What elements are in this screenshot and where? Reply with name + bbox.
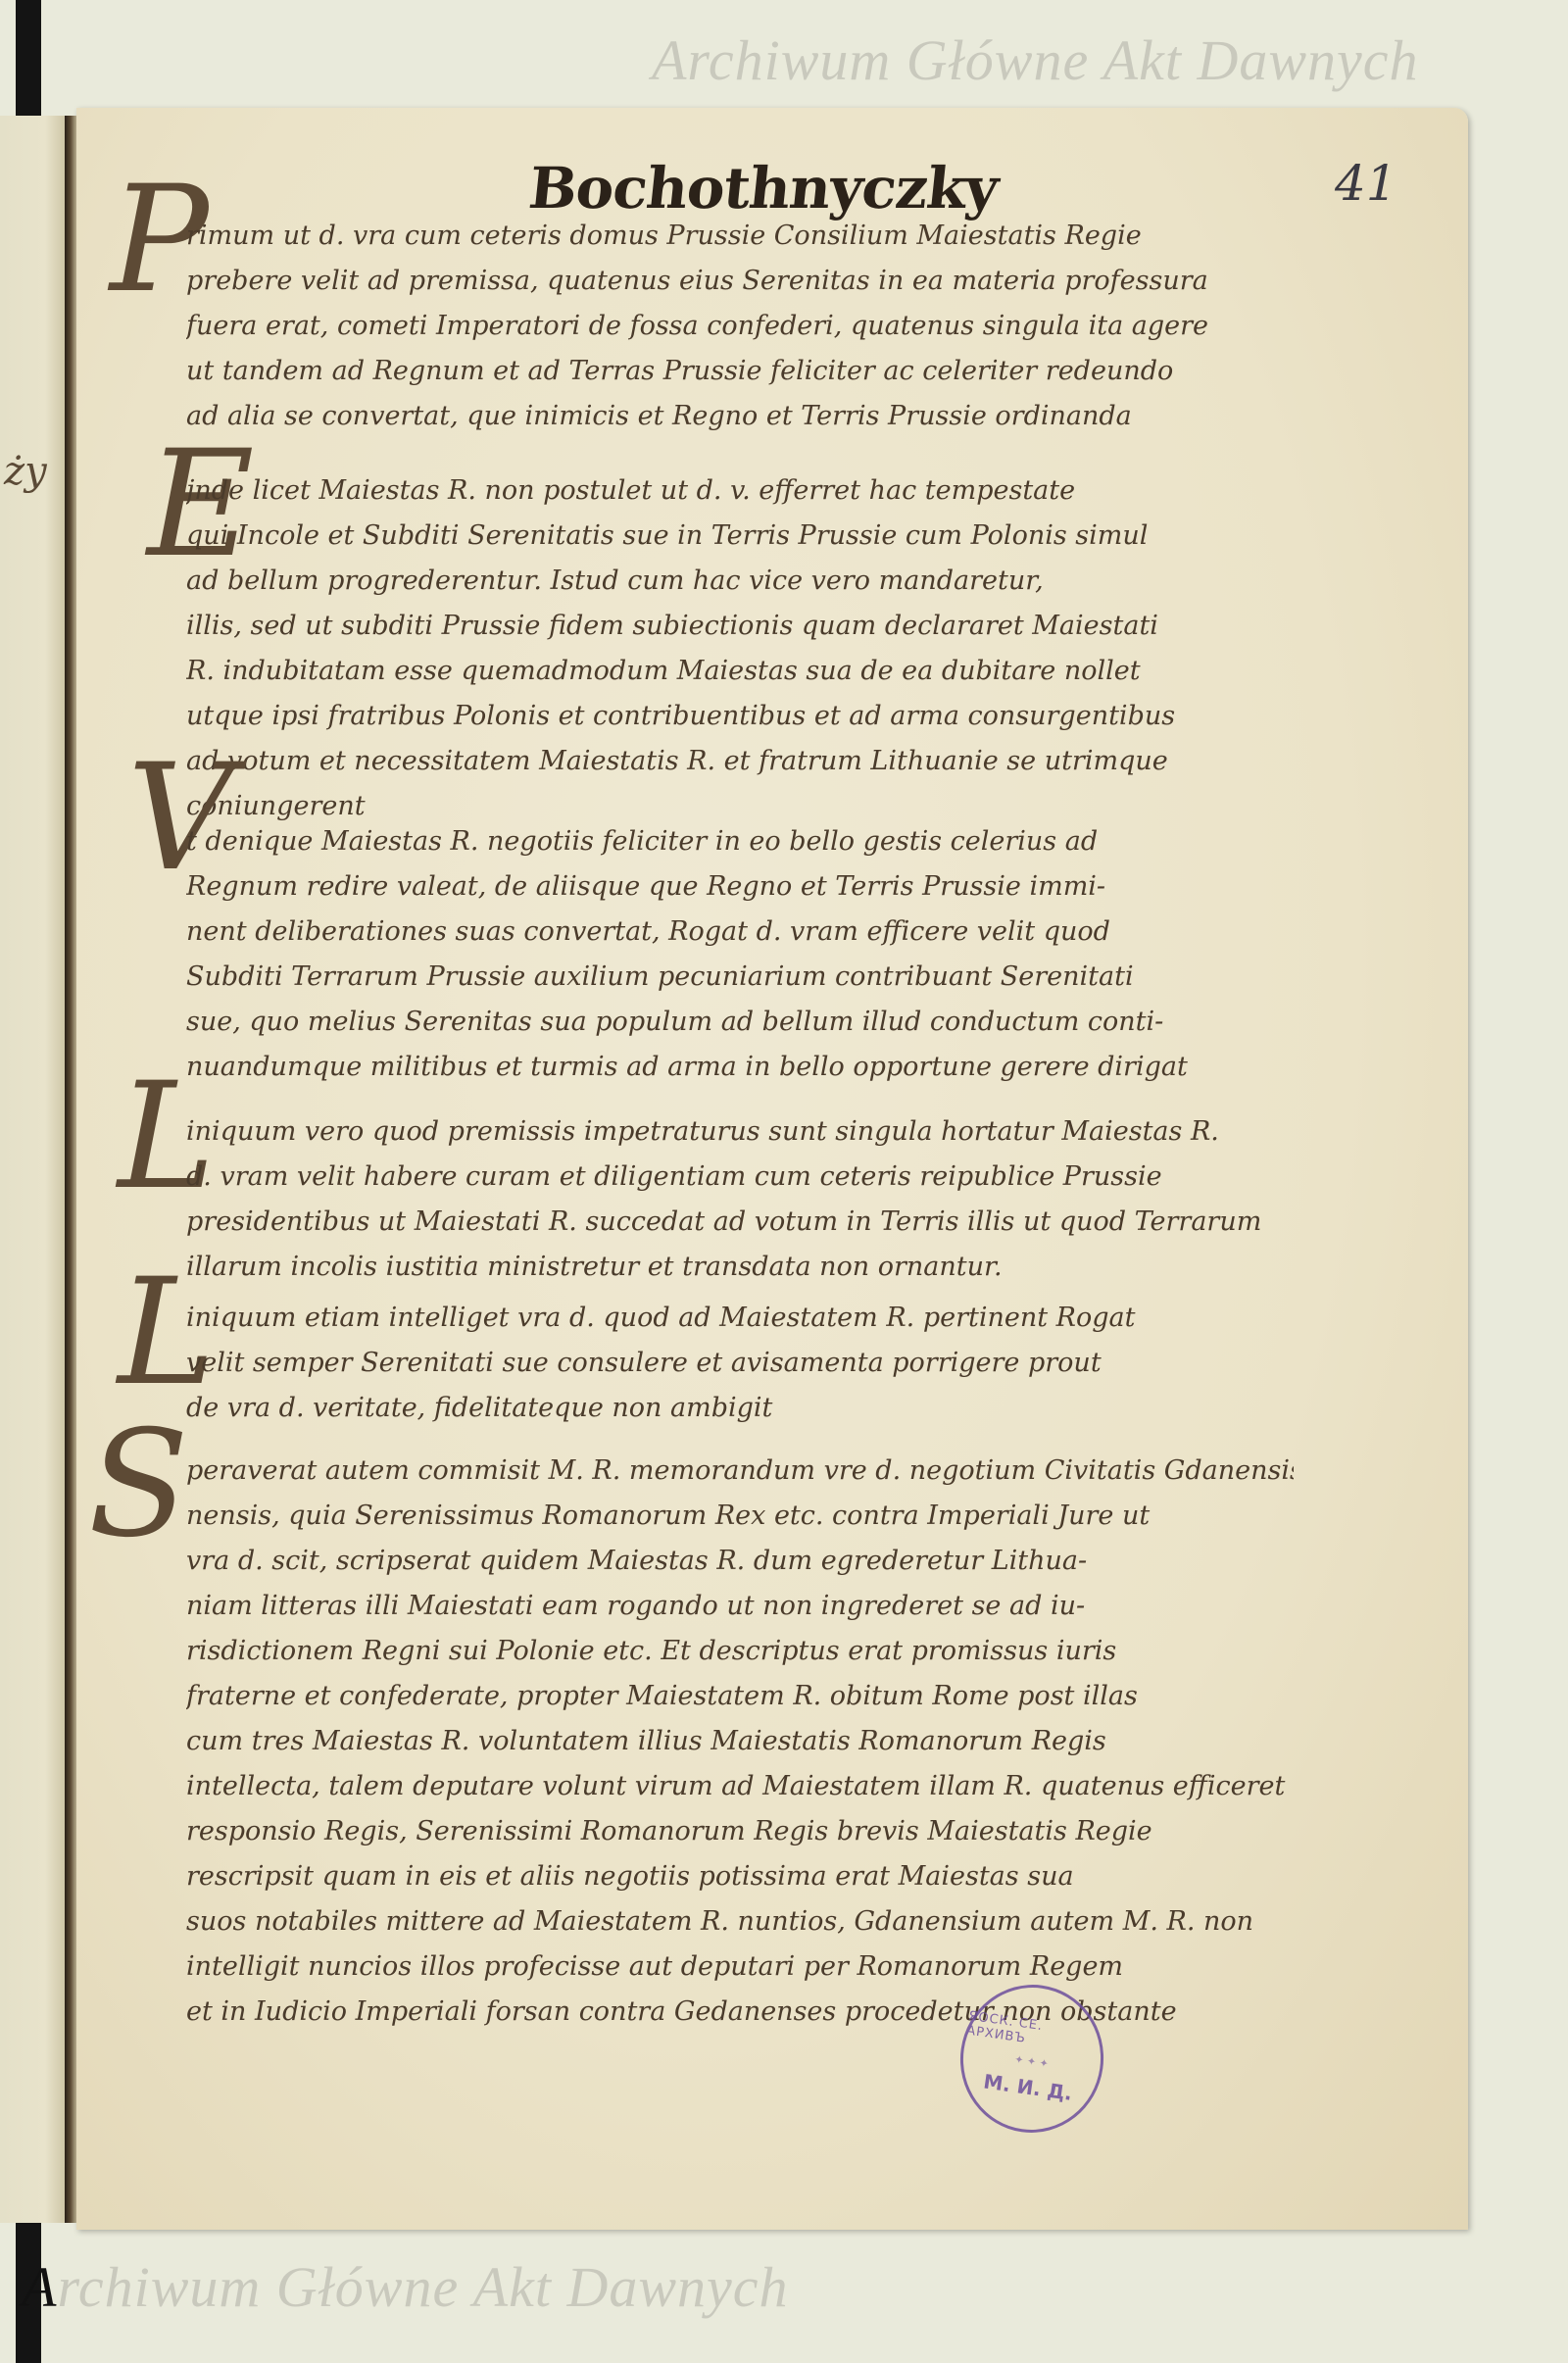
watermark-rest: rchiwum Główne Akt Dawnych xyxy=(57,2255,788,2319)
text-line: prebere velit ad premissa, quatenus eius… xyxy=(186,259,1294,304)
manuscript-paragraph: iniquum etiam intelliget vra d. quod ad … xyxy=(186,1296,1294,1431)
text-line: presidentibus ut Maiestati R. succedat a… xyxy=(186,1200,1294,1245)
text-line: ad votum et necessitatem Maiestatis R. e… xyxy=(186,739,1294,784)
text-line: sue, quo melius Serenitas sua populum ad… xyxy=(186,1000,1294,1045)
text-line: qui Incole et Subditi Serenitatis sue in… xyxy=(186,514,1294,559)
text-line: iniquum vero quod premissis impetraturus… xyxy=(186,1109,1294,1155)
archive-watermark-bottom: Archiwum Główne Akt Dawnych xyxy=(22,2254,789,2320)
text-line: ad alia se convertat, que inimicis et Re… xyxy=(186,394,1294,439)
text-line: suos notabiles mittere ad Maiestatem R. … xyxy=(186,1899,1294,1945)
text-line: peraverat autem commisit M. R. memorandu… xyxy=(186,1449,1294,1494)
manuscript-paragraph: peraverat autem commisit M. R. memorandu… xyxy=(186,1449,1294,2035)
manuscript-paragraph: iniquum vero quod premissis impetraturus… xyxy=(186,1109,1294,1290)
archive-watermark-top: Archiwum Główne Akt Dawnych xyxy=(652,27,1419,93)
text-line: nent deliberationes suas convertat, Roga… xyxy=(186,910,1294,955)
text-line: intellecta, talem deputare volunt virum … xyxy=(186,1764,1294,1809)
text-line: utque ipsi fratribus Polonis et contribu… xyxy=(186,694,1294,739)
stamp-bottom-text: М. И. Д. xyxy=(982,2069,1074,2104)
text-line: iniquum etiam intelliget vra d. quod ad … xyxy=(186,1296,1294,1341)
facing-page-edge: ży xyxy=(0,116,65,2223)
stamp-ring-text: ЯОСК. СЕ. АРХИВЪ xyxy=(965,2009,1105,2057)
text-line: nuandumque militibus et turmis ad arma i… xyxy=(186,1045,1294,1090)
text-line: nensis, quia Serenissimus Romanorum Rex … xyxy=(186,1494,1294,1539)
text-line: illarum incolis iustitia ministretur et … xyxy=(186,1245,1294,1290)
text-line: t denique Maiestas R. negotiis feliciter… xyxy=(186,819,1294,864)
text-line: illis, sed ut subditi Prussie fidem subi… xyxy=(186,604,1294,649)
folio-number: 41 xyxy=(1335,155,1397,212)
text-line: et in Iudicio Imperiali forsan contra Ge… xyxy=(186,1990,1294,2035)
text-line: R. indubitatam esse quemadmodum Maiestas… xyxy=(186,649,1294,694)
text-line: risdictionem Regni sui Polonie etc. Et d… xyxy=(186,1629,1294,1674)
text-line: Subditi Terrarum Prussie auxilium pecuni… xyxy=(186,955,1294,1000)
text-line: fraterne et confederate, propter Maiesta… xyxy=(186,1674,1294,1719)
paragraph-initial: S xyxy=(88,1411,189,1558)
watermark-first-letter: A xyxy=(22,2255,57,2319)
text-line: jnde licet Maiestas R. non postulet ut d… xyxy=(186,468,1294,514)
manuscript-paragraph: jnde licet Maiestas R. non postulet ut d… xyxy=(186,468,1294,829)
stamp-emblem-icon: ✦ ✦ ✦ xyxy=(1014,2053,1050,2071)
text-line: velit semper Serenitati sue consulere et… xyxy=(186,1341,1294,1386)
text-line: ut tandem ad Regnum et ad Terras Prussie… xyxy=(186,349,1294,394)
manuscript-paragraph: t denique Maiestas R. negotiis feliciter… xyxy=(186,819,1294,1090)
text-line: Regnum redire valeat, de aliisque que Re… xyxy=(186,864,1294,910)
text-line: intelligit nuncios illos profecisse aut … xyxy=(186,1945,1294,1990)
text-line: rimum ut d. vra cum ceteris domus Prussi… xyxy=(186,214,1294,259)
text-line: cum tres Maiestas R. voluntatem illius M… xyxy=(186,1719,1294,1764)
facing-page-text-fragment: ży xyxy=(4,449,47,494)
text-line: de vra d. veritate, fidelitateque non am… xyxy=(186,1386,1294,1431)
text-line: ad bellum progrederentur. Istud cum hac … xyxy=(186,559,1294,604)
text-line: d. vram velit habere curam et diligentia… xyxy=(186,1155,1294,1200)
text-line: rescripsit quam in eis et aliis negotiis… xyxy=(186,1854,1294,1899)
text-line: niam litteras illi Maiestati eam rogando… xyxy=(186,1584,1294,1629)
text-line: vra d. scit, scripserat quidem Maiestas … xyxy=(186,1539,1294,1584)
text-line: fuera erat, cometi Imperatori de fossa c… xyxy=(186,304,1294,349)
text-line: responsio Regis, Serenissimi Romanorum R… xyxy=(186,1809,1294,1854)
page-heading: Bochothnyczky xyxy=(525,155,1001,222)
book-gutter xyxy=(65,116,76,2223)
manuscript-paragraph: rimum ut d. vra cum ceteris domus Prussi… xyxy=(186,214,1294,439)
